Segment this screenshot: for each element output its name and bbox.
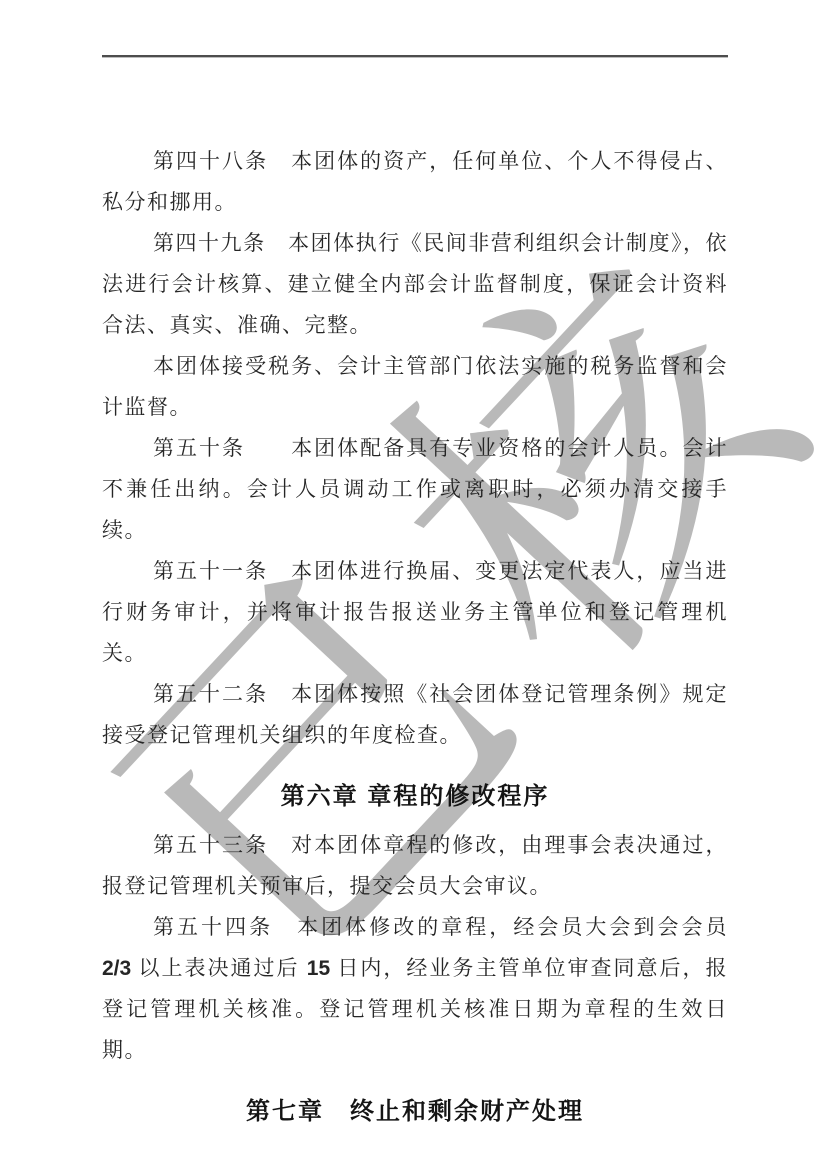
chapter-heading: 第七章 终止和剩余财产处理 <box>102 1091 728 1132</box>
paragraph: 第五十二条 本团体按照《社会团体登记管理条例》规定接受登记管理机关组织的年度检查… <box>102 674 728 756</box>
text-segment: 第五十一条 本团体进行换届、变更法定代表人，应当进行财务审计，并将审计报告报送业… <box>102 559 728 665</box>
paragraph: 第五十条 本团体配备具有专业资格的会计人员。会计不兼任出纳。会计人员调动工作或离… <box>102 428 728 551</box>
paragraph: 第五十一条 本团体进行换届、变更法定代表人，应当进行财务审计，并将审计报告报送业… <box>102 551 728 674</box>
text-segment: 第五十三条 对本团体章程的修改，由理事会表决通过，报登记管理机关预审后，提交会员… <box>102 833 728 898</box>
paragraph: 第五十三条 对本团体章程的修改，由理事会表决通过，报登记管理机关预审后，提交会员… <box>102 825 728 907</box>
bold-number: 15 <box>307 957 330 980</box>
text-segment: 第六章 章程的修改程序 <box>281 783 550 810</box>
text-segment: 第五十条 本团体配备具有专业资格的会计人员。会计不兼任出纳。会计人员调动工作或离… <box>102 436 728 542</box>
document-page: 已核 第四十八条 本团体的资产，任何单位、个人不得侵占、私分和挪用。第四十九条 … <box>0 0 830 1174</box>
text-segment: 第五十四条 本团体修改的章程，经会员大会到会会员 <box>153 915 728 939</box>
text-segment: 本团体接受税务、会计主管部门依法实施的税务监督和会计监督。 <box>102 354 728 419</box>
paragraph: 第四十八条 本团体的资产，任何单位、个人不得侵占、私分和挪用。 <box>102 141 728 223</box>
text-segment: 第七章 终止和剩余财产处理 <box>246 1098 584 1125</box>
text-segment: 第四十八条 本团体的资产，任何单位、个人不得侵占、私分和挪用。 <box>102 149 728 214</box>
text-segment: 第四十九条 本团体执行《民间非营利组织会计制度》，依法进行会计核算、建立健全内部… <box>102 231 728 337</box>
paragraph: 第四十九条 本团体执行《民间非营利组织会计制度》，依法进行会计核算、建立健全内部… <box>102 223 728 346</box>
text-segment: 以上表决通过后 <box>131 956 307 980</box>
text-segment: 第五十二条 本团体按照《社会团体登记管理条例》规定接受登记管理机关组织的年度检查… <box>102 682 728 747</box>
header-rule <box>102 55 728 57</box>
bold-number: 2/3 <box>102 957 131 980</box>
chapter-heading: 第六章 章程的修改程序 <box>102 776 728 817</box>
paragraph: 第五十四条 本团体修改的章程，经会员大会到会会员 2/3 以上表决通过后 15 … <box>102 907 728 1071</box>
paragraph: 本团体接受税务、会计主管部门依法实施的税务监督和会计监督。 <box>102 346 728 428</box>
document-body: 第四十八条 本团体的资产，任何单位、个人不得侵占、私分和挪用。第四十九条 本团体… <box>102 141 728 1140</box>
